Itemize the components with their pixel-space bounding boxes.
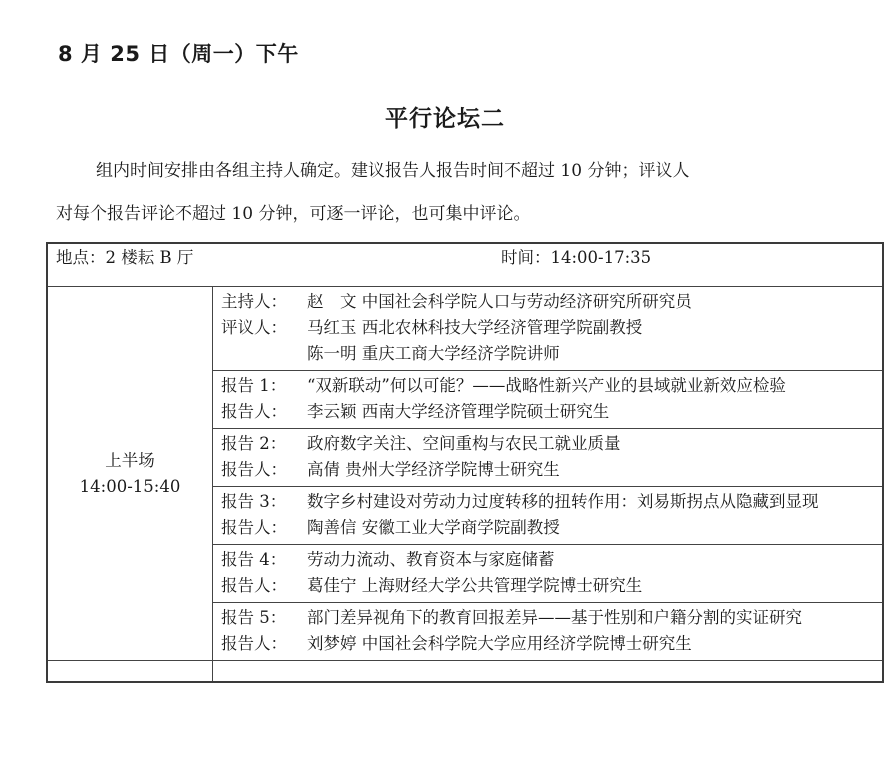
report-title: 政府数字关注、空间重构与农民工就业质量 bbox=[307, 431, 876, 457]
report-title: 劳动力流动、教育资本与家庭储蓄 bbox=[307, 547, 876, 573]
report-label: 报告 2： bbox=[221, 431, 307, 457]
host-label: 主持人： bbox=[221, 289, 307, 315]
reviewer-value: 陈一明 重庆工商大学经济学院讲师 bbox=[221, 341, 876, 367]
intro-line-1: 组内时间安排由各组主持人确定。建议报告人报告时间不超过 10 分钟；评议人 bbox=[56, 150, 856, 193]
presenter: 高倩 贵州大学经济学院博士研究生 bbox=[307, 457, 876, 483]
schedule-table: 地点：2 楼耘 B 厅时间：14:00-17:35 上半场 14:00-15:4… bbox=[46, 242, 884, 683]
table-header-row: 地点：2 楼耘 B 厅时间：14:00-17:35 bbox=[47, 243, 883, 287]
reviewer-label: 评议人： bbox=[221, 315, 307, 341]
reviewer-line: 评议人： 马红玉 西北农林科技大学经济管理学院副教授 bbox=[221, 315, 876, 341]
presenter-label: 报告人： bbox=[221, 457, 307, 483]
presenter-label: 报告人： bbox=[221, 573, 307, 599]
presenter-label: 报告人： bbox=[221, 399, 307, 425]
presenter-label: 报告人： bbox=[221, 515, 307, 541]
session-cell: 上半场 14:00-15:40 bbox=[47, 287, 213, 661]
report-title: “双新联动”何以可能？——战略性新兴产业的县域就业新效应检验 bbox=[307, 373, 876, 399]
intro-paragraph: 组内时间安排由各组主持人确定。建议报告人报告时间不超过 10 分钟；评议人 对每… bbox=[56, 150, 856, 236]
presenter: 刘梦婷 中国社会科学院大学应用经济学院博士研究生 bbox=[307, 631, 876, 657]
reviewer-value: 马红玉 西北农林科技大学经济管理学院副教授 bbox=[307, 315, 876, 341]
forum-title: 平行论坛二 bbox=[0, 100, 890, 133]
report-label: 报告 1： bbox=[221, 373, 307, 399]
report-title: 部门差异视角下的教育回报差异——基于性别和户籍分割的实证研究 bbox=[307, 605, 876, 631]
host-value: 赵 文 中国社会科学院人口与劳动经济研究所研究员 bbox=[307, 289, 876, 315]
session-time: 14:00-15:40 bbox=[48, 474, 212, 500]
report-title: 数字乡村建设对劳动力过度转移的扭转作用：刘易斯拐点从隐藏到显现 bbox=[307, 489, 876, 515]
host-row: 上半场 14:00-15:40 主持人： 赵 文 中国社会科学院人口与劳动经济研… bbox=[47, 287, 883, 371]
presenter: 葛佳宁 上海财经大学公共管理学院博士研究生 bbox=[307, 573, 876, 599]
host-line: 主持人： 赵 文 中国社会科学院人口与劳动经济研究所研究员 bbox=[221, 289, 876, 315]
report-label: 报告 3： bbox=[221, 489, 307, 515]
date-heading: 8 月 25 日（周一）下午 bbox=[58, 38, 299, 68]
presenter-label: 报告人： bbox=[221, 631, 307, 657]
time-label: 时间：14:00-17:35 bbox=[501, 244, 651, 268]
next-session-row bbox=[47, 661, 883, 683]
venue-label: 地点：2 楼耘 B 厅 bbox=[56, 244, 501, 268]
report-label: 报告 4： bbox=[221, 547, 307, 573]
session-name: 上半场 bbox=[48, 448, 212, 474]
report-label: 报告 5： bbox=[221, 605, 307, 631]
intro-line-2: 对每个报告评论不超过 10 分钟，可逐一评论，也可集中评论。 bbox=[56, 193, 856, 236]
presenter: 陶善信 安徽工业大学商学院副教授 bbox=[307, 515, 876, 541]
presenter: 李云颖 西南大学经济管理学院硕士研究生 bbox=[307, 399, 876, 425]
